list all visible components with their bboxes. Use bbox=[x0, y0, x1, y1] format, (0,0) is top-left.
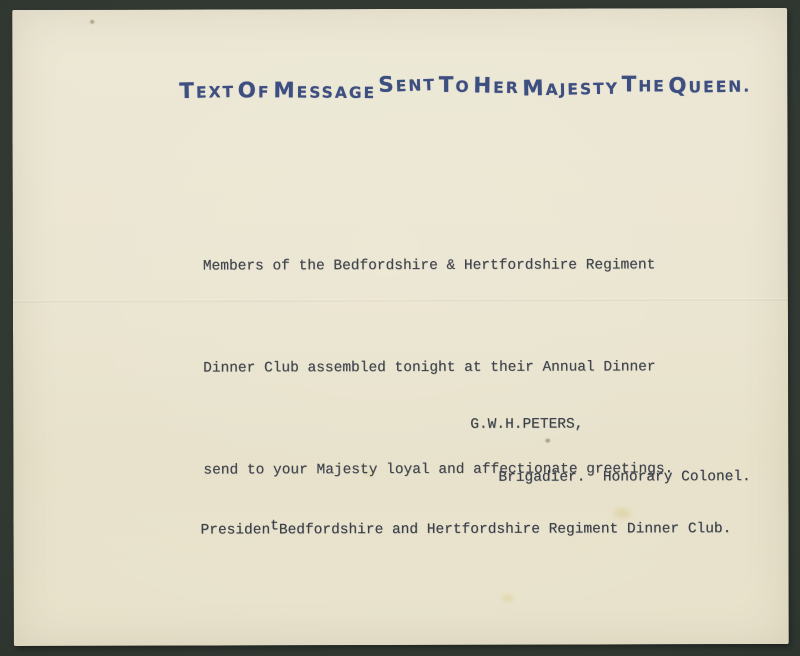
heading-word: SENT bbox=[378, 71, 436, 98]
heading-word: MAJESTY bbox=[522, 75, 619, 102]
signature-block: G.W.H.PETERS, Brigadier. Honorary Colone… bbox=[200, 381, 751, 575]
message-line: Members of the Bedfordshire & Hertfordsh… bbox=[203, 248, 673, 283]
heading-word: OF bbox=[238, 78, 271, 103]
letter-paper: TEXT OF MESSAGE SENT TO HER MAJESTY THE … bbox=[12, 8, 789, 646]
handwritten-heading: TEXT OF MESSAGE SENT TO HER MAJESTY THE … bbox=[179, 74, 751, 100]
paper-stain bbox=[502, 595, 514, 602]
signatory-role: PresidentBedfordshire and Hertfordshire … bbox=[201, 521, 751, 540]
role-text-part2: Bedfordshire and Hertfordshire Regiment … bbox=[279, 521, 732, 538]
heading-word: QUEEN. bbox=[668, 73, 751, 99]
scan-background: TEXT OF MESSAGE SENT TO HER MAJESTY THE … bbox=[0, 0, 800, 656]
heading-word: THE bbox=[622, 72, 666, 97]
role-overstruck-t: t bbox=[270, 518, 279, 536]
heading-word: TEXT bbox=[179, 78, 235, 104]
signatory-title: Brigadier. Honorary Colonel. bbox=[498, 469, 750, 487]
signatory-name: G.W.H.PETERS, bbox=[470, 416, 750, 434]
paper-speck bbox=[90, 20, 94, 24]
heading-word: MESSAGE bbox=[273, 78, 376, 104]
role-text-part1: Presiden bbox=[201, 522, 271, 538]
heading-word: TO bbox=[439, 73, 471, 98]
heading-word: HER bbox=[473, 73, 520, 99]
message-line: Dinner Club assembled tonight at their A… bbox=[203, 350, 673, 385]
